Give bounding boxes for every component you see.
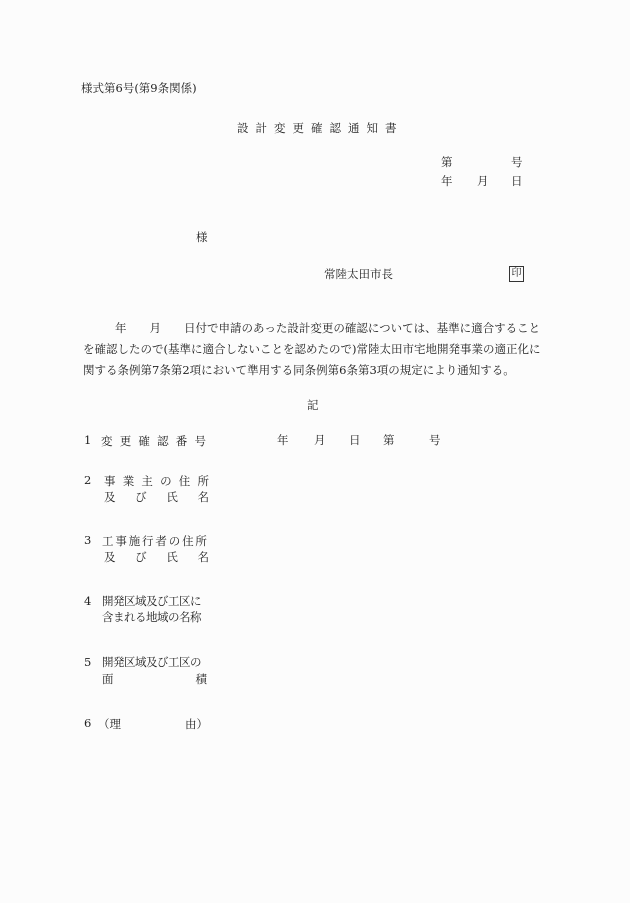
form-id: 様式第6号(第9条関係) [81, 81, 197, 95]
title-char: 通 [348, 121, 360, 135]
seal-mark: 印 [509, 266, 524, 282]
label-char: 主 [141, 473, 153, 489]
item-1-day: 日 [349, 433, 361, 447]
label-char: 住 [179, 473, 191, 489]
issuer-name: 常陸太田市長 [324, 267, 393, 281]
label-char: 認 [157, 433, 169, 449]
item-label-line-2: 及 び 氏 名 [104, 549, 209, 565]
label-char: 行 [142, 533, 154, 549]
label-char: 氏 [166, 549, 178, 565]
doc-date-month: 月 [477, 174, 489, 188]
title-char: 設 [237, 121, 249, 135]
body-line-1-text: 日付で申請のあった設計変更の確認については、基準に適合すること [184, 318, 540, 339]
label-char: の [160, 473, 172, 489]
label-char: 面 [102, 671, 114, 687]
title-char: 計 [256, 121, 268, 135]
title-char: 確 [311, 121, 323, 135]
label-char: 住 [182, 533, 194, 549]
title-char: 書 [385, 121, 397, 135]
item-number: 6 [84, 716, 91, 730]
doc-date-year: 年 [441, 174, 453, 188]
doc-number-go: 号 [511, 155, 523, 169]
item-label-line-2: 面 積 [102, 671, 207, 687]
body-line-3: 関する条例第7条第2項において準用する同条例第6条第3項の規定により通知する。 [83, 360, 553, 381]
title-char: 認 [330, 121, 342, 135]
item-label: 変 更 確 認 番 号 [101, 433, 206, 449]
item-1-year: 年 [277, 433, 289, 447]
item-number: 2 [84, 473, 91, 487]
item-1-go: 号 [429, 433, 441, 447]
item-number: 5 [84, 655, 91, 669]
item-label-line-1: 開発区域及び工区に [102, 594, 201, 608]
title-char: 知 [367, 121, 379, 135]
item-number: 3 [84, 533, 91, 547]
body-line-1: 年 月 日付で申請のあった設計変更の確認については、基準に適合すること [83, 318, 553, 339]
body-paragraph: 年 月 日付で申請のあった設計変更の確認については、基準に適合すること を確認し… [83, 318, 553, 381]
title-char: 更 [293, 121, 305, 135]
item-1-dai: 第 [383, 433, 395, 447]
label-char: 号 [194, 433, 206, 449]
label-char: 確 [138, 433, 150, 449]
label-char: 名 [197, 489, 209, 505]
doc-date-day: 日 [511, 174, 523, 188]
label-char: 所 [195, 533, 207, 549]
label-char: 名 [197, 549, 209, 565]
item-label-line-1: 開発区域及び工区の [102, 655, 201, 669]
item-1-month: 月 [314, 433, 326, 447]
label-char: 由） [185, 716, 208, 732]
label-char: 工 [102, 533, 114, 549]
label-char: び [135, 489, 147, 505]
item-label-line-1: 事 業 主 の 住 所 [104, 473, 209, 489]
label-char: び [135, 549, 147, 565]
item-label-line-2: 及 び 氏 名 [104, 489, 209, 505]
label-char: 変 [101, 433, 113, 449]
label-char: 及 [104, 549, 116, 565]
label-char: 者 [155, 533, 167, 549]
body-date-year: 年 [115, 318, 127, 339]
ki-heading: 記 [307, 398, 319, 412]
document-title: 設 計 変 更 確 認 通 知 書 [237, 121, 397, 135]
label-char: 積 [196, 671, 208, 687]
label-char: 業 [123, 473, 135, 489]
body-line-2: を確認したので(基準に適合しないことを認めたので)常陸太田市宅地開発事業の適正化… [83, 339, 553, 360]
label-char: 及 [104, 489, 116, 505]
item-label: （理 由） [98, 716, 208, 732]
item-number: 4 [84, 594, 91, 608]
label-char: （理 [98, 716, 121, 732]
label-char: 更 [120, 433, 132, 449]
label-char: 番 [176, 433, 188, 449]
item-number: 1 [84, 433, 91, 447]
doc-number-dai: 第 [441, 155, 453, 169]
label-char: 所 [197, 473, 209, 489]
label-char: 事 [115, 533, 127, 549]
title-char: 変 [274, 121, 286, 135]
label-char: の [169, 533, 181, 549]
label-char: 施 [129, 533, 141, 549]
addressee-suffix: 様 [196, 230, 208, 244]
label-char: 事 [104, 473, 116, 489]
body-date-month: 月 [150, 318, 162, 339]
item-label-line-1: 工 事 施 行 者 の 住 所 [102, 533, 207, 549]
label-char: 氏 [166, 489, 178, 505]
item-label-line-2: 含まれる地域の名称 [102, 610, 201, 624]
